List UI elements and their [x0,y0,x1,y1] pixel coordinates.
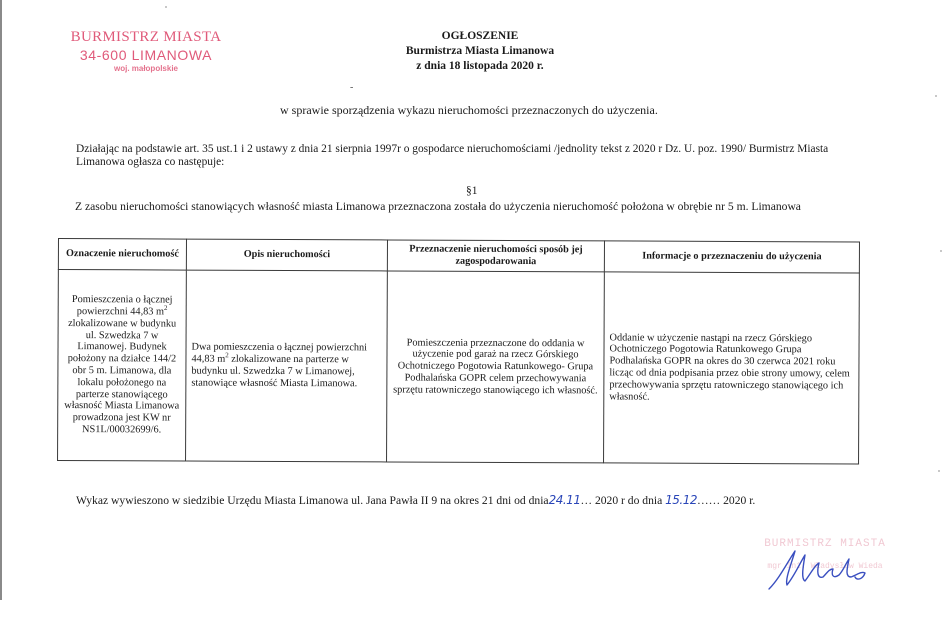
cell-designation: Pomieszczenia o łącznej powierzchni 44,8… [58,270,187,462]
year-1: 2020 r do dnia [592,494,665,507]
official-stamp: BURMISTRZ MIASTA 34-600 LIMANOWA woj. ma… [66,28,226,74]
designation-text-b: zlokalizowane w budynku ul. Szwedzka 7 w… [64,318,179,436]
cell-purpose: Pomieszczenia przeznaczone do oddania w … [387,271,605,463]
section-mark: §1 [466,185,478,197]
stamp-line-1: BURMISTRZ MIASTA [66,28,226,46]
document-issuer: Burmistrza Miasta Limanowa [360,44,600,59]
scan-speck [165,6,167,8]
scan-speck [940,250,942,252]
table-header-row: Oznaczenie nieruchomość Opis nieruchomoś… [58,239,859,273]
signature-icon [765,545,875,595]
column-header-info: Informacje o przeznaczeniu do użyczenia [604,241,859,273]
document-date: z dnia 18 listopada 2020 r. [360,59,600,74]
column-header-designation: Oznaczenie nieruchomość [58,239,186,271]
dots-2: …… [697,494,720,507]
table-row: Pomieszczenia o łącznej powierzchni 44,8… [58,270,860,464]
document-page: BURMISTRZ MIASTA 34-600 LIMANOWA woj. ma… [0,0,950,632]
handwritten-end-date: 15.12 [665,493,697,507]
column-header-purpose: Przeznaczenie nieruchomości sposób jej z… [387,240,604,272]
handwritten-start-date: 24.11 [549,493,581,507]
document-title: OGŁOSZENIE [360,29,600,44]
document-subject: w sprawie sporządzenia wykazu nieruchomo… [280,103,658,118]
year-2: 2020 r. [720,494,755,507]
posting-text: Wykaz wywieszono w siedzibie Urzędu Mias… [76,494,549,507]
dots-1: … [580,494,592,507]
document-header: OGŁOSZENIE Burmistrza Miasta Limanowa z … [360,29,600,74]
designation-superscript: 2 [164,304,168,312]
section-text: Z zasobu nieruchomości stanowiących włas… [75,200,801,213]
scan-edge [0,0,2,600]
column-header-description: Opis nieruchomości [186,239,387,271]
intro-paragraph: Działając na podstawie art. 35 ust.1 i 2… [76,143,866,169]
cell-description: Dwa pomieszczenia o łącznej powierzchni … [186,270,388,462]
stamp-line-3: woj. małopolskie [66,64,226,74]
posting-notice: Wykaz wywieszono w siedzibie Urzędu Mias… [76,493,755,507]
scan-speck [935,95,937,97]
scan-mark: - [350,82,353,93]
property-table: Oznaczenie nieruchomość Opis nieruchomoś… [57,238,860,464]
designation-text-a: Pomieszczenia o łącznej powierzchni 44,8… [72,294,173,317]
scan-speck [938,470,940,472]
cell-info: Oddanie w użyczenie nastąpi na rzecz Gór… [604,272,860,464]
stamp-line-2: 34-600 LIMANOWA [66,46,226,64]
